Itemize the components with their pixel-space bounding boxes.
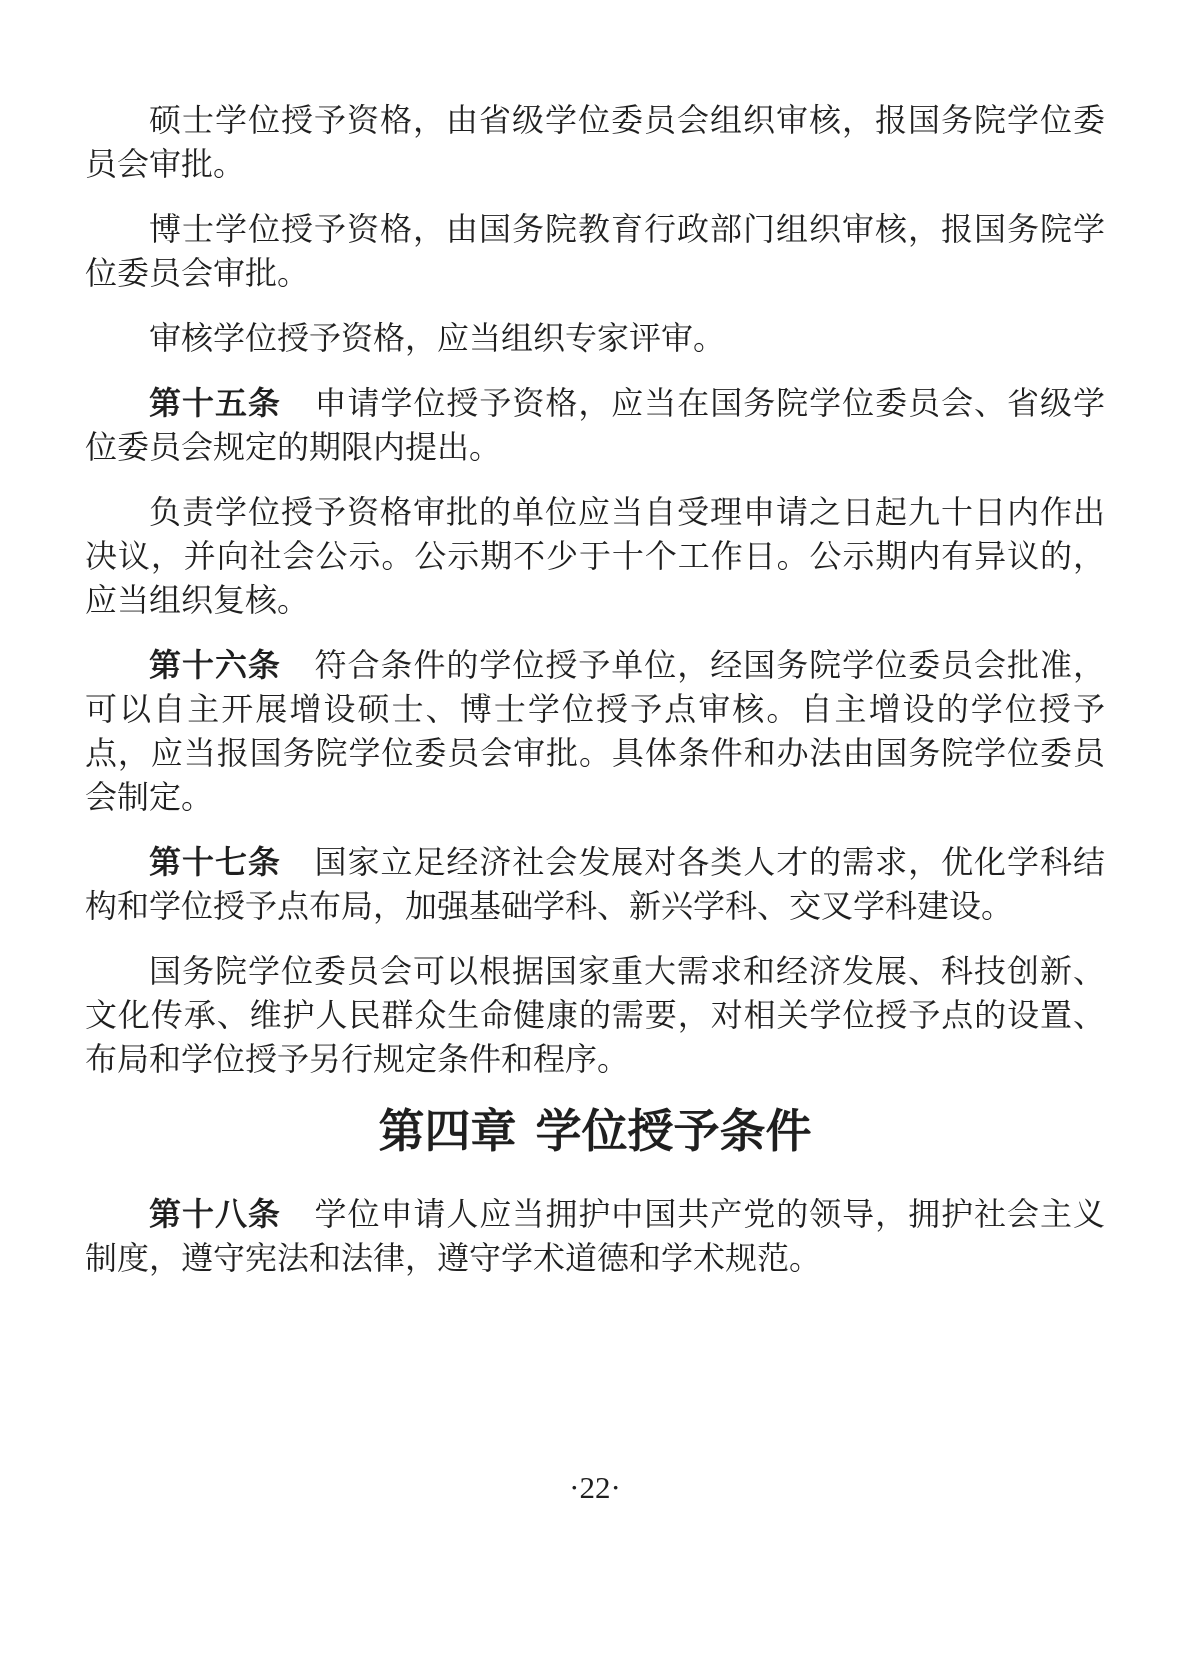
article-number: 第十五条 [149,385,281,421]
paragraph-text: 审核学位授予资格，应当组织专家评审。 [149,320,725,356]
paragraph-text: 博士学位授予资格，由国务院教育行政部门组织审核，报国务院学位委员会审批。 [85,211,1105,291]
paragraph-text: 负责学位授予资格审批的单位应当自受理申请之日起九十日内作出决议，并向社会公示。公… [85,494,1105,618]
paragraph: 负责学位授予资格审批的单位应当自受理申请之日起九十日内作出决议，并向社会公示。公… [85,490,1105,622]
document-page: 硕士学位授予资格，由省级学位委员会组织审核，报国务院学位委员会审批。 博士学位授… [0,0,1190,1670]
paragraph-text: 硕士学位授予资格，由省级学位委员会组织审核，报国务院学位委员会审批。 [85,102,1105,182]
document-body: 硕士学位授予资格，由省级学位委员会组织审核，报国务院学位委员会审批。 博士学位授… [85,98,1105,1301]
paragraph-article-17: 第十七条国家立足经济社会发展对各类人才的需求，优化学科结构和学位授予点布局，加强… [85,840,1105,928]
paragraph-article-16: 第十六条符合条件的学位授予单位，经国务院学位委员会批准，可以自主开展增设硕士、博… [85,643,1105,819]
page-number: ·22· [0,1466,1190,1510]
chapter-heading: 第四章学位授予条件 [85,1102,1105,1162]
paragraph: 审核学位授予资格，应当组织专家评审。 [85,316,1105,360]
paragraph: 硕士学位授予资格，由省级学位委员会组织审核，报国务院学位委员会审批。 [85,98,1105,186]
paragraph: 国务院学位委员会可以根据国家重大需求和经济发展、科技创新、文化传承、维护人民群众… [85,949,1105,1081]
chapter-number: 第四章 [379,1106,517,1157]
article-number: 第十六条 [149,647,281,683]
article-number: 第十八条 [149,1196,281,1232]
article-number: 第十七条 [149,844,281,880]
paragraph-article-18: 第十八条学位申请人应当拥护中国共产党的领导，拥护社会主义制度，遵守宪法和法律，遵… [85,1192,1105,1280]
paragraph-article-15: 第十五条申请学位授予资格，应当在国务院学位委员会、省级学位委员会规定的期限内提出… [85,381,1105,469]
paragraph: 博士学位授予资格，由国务院教育行政部门组织审核，报国务院学位委员会审批。 [85,207,1105,295]
paragraph-text: 国务院学位委员会可以根据国家重大需求和经济发展、科技创新、文化传承、维护人民群众… [85,953,1105,1077]
chapter-title: 学位授予条件 [536,1106,812,1157]
